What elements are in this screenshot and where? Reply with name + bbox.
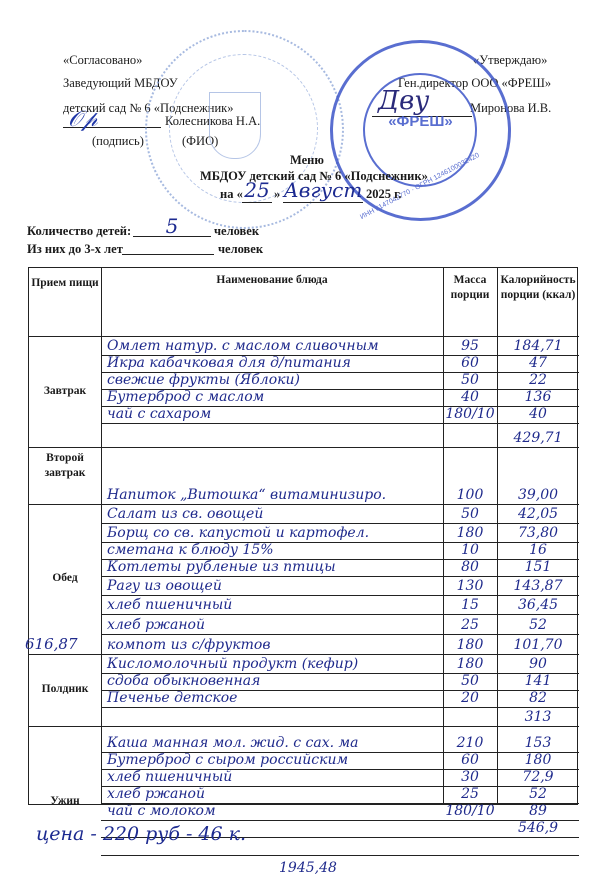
dish-mass: 10 bbox=[443, 542, 497, 558]
menu-title: Меню bbox=[290, 153, 324, 168]
meal-name: Завтрак bbox=[29, 384, 101, 399]
dish-kcal: 72,9 bbox=[497, 769, 579, 785]
dish-name: Котлеты рубленые из птицы bbox=[107, 559, 336, 575]
dish-mass: 210 bbox=[443, 735, 497, 751]
children-count-value: 5 bbox=[133, 214, 211, 237]
dish-name: Рагу из овощей bbox=[107, 578, 222, 594]
dish-name: компот из с/фруктов bbox=[107, 637, 270, 653]
row-divider bbox=[29, 726, 579, 727]
dish-name: 1945,48 bbox=[279, 860, 337, 876]
row-divider bbox=[29, 336, 579, 337]
dish-kcal: 143,87 bbox=[497, 578, 579, 594]
dish-name: Омлет натур. с маслом сливочным bbox=[107, 338, 379, 354]
under3-label: Из них до 3-х лет bbox=[27, 242, 123, 257]
row-divider bbox=[29, 447, 579, 448]
dish-kcal: 546,9 bbox=[497, 820, 579, 836]
dish-name: Икра кабачковая для д/питания bbox=[107, 355, 351, 371]
row-divider bbox=[101, 614, 579, 615]
dish-name: хлеб ржаной bbox=[107, 786, 205, 802]
row-divider bbox=[101, 595, 579, 596]
dish-mass: 180/10 bbox=[443, 406, 497, 422]
coat-of-arms-icon bbox=[209, 92, 261, 159]
dish-mass: 80 bbox=[443, 559, 497, 575]
dish-mass: 30 bbox=[443, 769, 497, 785]
row-divider bbox=[101, 576, 579, 577]
dish-mass: 20 bbox=[443, 690, 497, 706]
dish-name: хлеб ржаной bbox=[107, 617, 205, 633]
date-mid: » bbox=[274, 187, 280, 202]
dish-mass: 130 bbox=[443, 578, 497, 594]
meal-name: Ужин bbox=[29, 794, 101, 809]
dish-mass: 180 bbox=[443, 637, 497, 653]
signature-caption: (подпись) bbox=[92, 134, 144, 149]
price-note: цена - 220 руб - 46 к. bbox=[36, 823, 246, 845]
dish-name: чай с молоком bbox=[107, 803, 216, 819]
children-count-label: Количество детей: bbox=[27, 224, 131, 239]
dish-name: Каша манная мол. жид. с сах. ма bbox=[107, 735, 359, 751]
dish-mass: 180/10 bbox=[443, 803, 497, 819]
dish-kcal: 39,00 bbox=[497, 487, 579, 503]
dish-mass: 40 bbox=[443, 389, 497, 405]
children-count-unit: человек bbox=[214, 224, 259, 239]
col-divider bbox=[101, 268, 102, 804]
dish-name: свежие фрукты (Яблоки) bbox=[107, 372, 300, 388]
dish-mass: 15 bbox=[443, 597, 497, 613]
dish-name: Кисломолочный продукт (кефир) bbox=[107, 656, 358, 672]
dish-kcal: 151 bbox=[497, 559, 579, 575]
dish-kcal: 40 bbox=[497, 406, 579, 422]
dish-mass: 95 bbox=[443, 338, 497, 354]
dish-name: Бутерброд с сыром российским bbox=[107, 752, 348, 768]
row-divider bbox=[101, 634, 579, 635]
dish-kcal: 90 bbox=[497, 656, 579, 672]
row-divider bbox=[101, 423, 579, 424]
col-header-dish: Наименование блюда bbox=[101, 273, 443, 288]
dish-kcal: 82 bbox=[497, 690, 579, 706]
dish-kcal: 52 bbox=[497, 786, 579, 802]
dish-kcal: 136 bbox=[497, 389, 579, 405]
agreed-label: «Согласовано» bbox=[63, 53, 142, 68]
row-divider bbox=[29, 654, 579, 655]
meal-name: Обед bbox=[29, 571, 101, 586]
under3-unit: человек bbox=[218, 242, 263, 257]
row-divider bbox=[101, 523, 579, 524]
dish-mass: 25 bbox=[443, 786, 497, 802]
date-year: 2025 г. bbox=[366, 187, 402, 202]
dish-kcal: 313 bbox=[497, 709, 579, 725]
meal-name: Второй завтрак bbox=[29, 451, 101, 481]
row-divider bbox=[101, 707, 579, 708]
dish-mass: 50 bbox=[443, 506, 497, 522]
dish-kcal: 153 bbox=[497, 735, 579, 751]
dish-name: Напиток „Витошка“ витаминизиро. bbox=[107, 487, 386, 503]
dish-kcal: 141 bbox=[497, 673, 579, 689]
dish-name: Бутерброд с маслом bbox=[107, 389, 264, 405]
dish-mass: 100 bbox=[443, 487, 497, 503]
dish-name: сметана к блюду 15% bbox=[107, 542, 274, 558]
dish-kcal: 36,45 bbox=[497, 597, 579, 613]
agreed-signature: 𝒪𝓅 bbox=[68, 107, 98, 132]
dish-name: Борщ со св. капустой и картофел. bbox=[107, 525, 369, 541]
under3-value bbox=[122, 240, 214, 255]
dish-kcal: 52 bbox=[497, 617, 579, 633]
dish-mass: 180 bbox=[443, 656, 497, 672]
row-divider bbox=[101, 855, 579, 856]
date-prefix: на « bbox=[220, 187, 243, 202]
dish-kcal: 16 bbox=[497, 542, 579, 558]
dish-name: хлеб пшеничный bbox=[107, 769, 232, 785]
dish-mass: 50 bbox=[443, 372, 497, 388]
meal-total: 616,87 bbox=[25, 636, 78, 652]
dish-kcal: 180 bbox=[497, 752, 579, 768]
row-divider bbox=[29, 504, 579, 505]
dish-mass: 180 bbox=[443, 525, 497, 541]
date-day: 25 bbox=[242, 178, 272, 203]
dish-kcal: 89 bbox=[497, 803, 579, 819]
dish-kcal: 184,71 bbox=[497, 338, 579, 354]
col-header-meal: Прием пищи bbox=[29, 276, 101, 291]
col-header-kcal: Калорийность порции (ккал) bbox=[497, 273, 579, 303]
dish-mass: 50 bbox=[443, 673, 497, 689]
dish-name: Печенье детское bbox=[107, 690, 237, 706]
col-header-mass: Масса порции bbox=[443, 273, 497, 303]
dish-kcal: 47 bbox=[497, 355, 579, 371]
dish-name: сдоба обыкновенная bbox=[107, 673, 260, 689]
dish-kcal: 42,05 bbox=[497, 506, 579, 522]
col-header-meal-text: Прием пищи bbox=[31, 277, 98, 289]
dish-name: Салат из св. овощей bbox=[107, 506, 263, 522]
dish-kcal: 429,71 bbox=[497, 430, 579, 446]
dish-name: чай с сахаром bbox=[107, 406, 211, 422]
dish-mass: 25 bbox=[443, 617, 497, 633]
date-month: Август bbox=[283, 178, 363, 203]
menu-table: Прием пищи Наименование блюда Масса порц… bbox=[28, 267, 578, 805]
stamp-company-name: «ФРЕШ» bbox=[333, 113, 508, 130]
dish-name: хлеб пшеничный bbox=[107, 597, 232, 613]
dish-kcal: 101,70 bbox=[497, 637, 579, 653]
meal-name: Полдник bbox=[29, 682, 101, 697]
dish-kcal: 73,80 bbox=[497, 525, 579, 541]
dish-mass: 60 bbox=[443, 355, 497, 371]
dish-mass: 60 bbox=[443, 752, 497, 768]
dish-kcal: 22 bbox=[497, 372, 579, 388]
